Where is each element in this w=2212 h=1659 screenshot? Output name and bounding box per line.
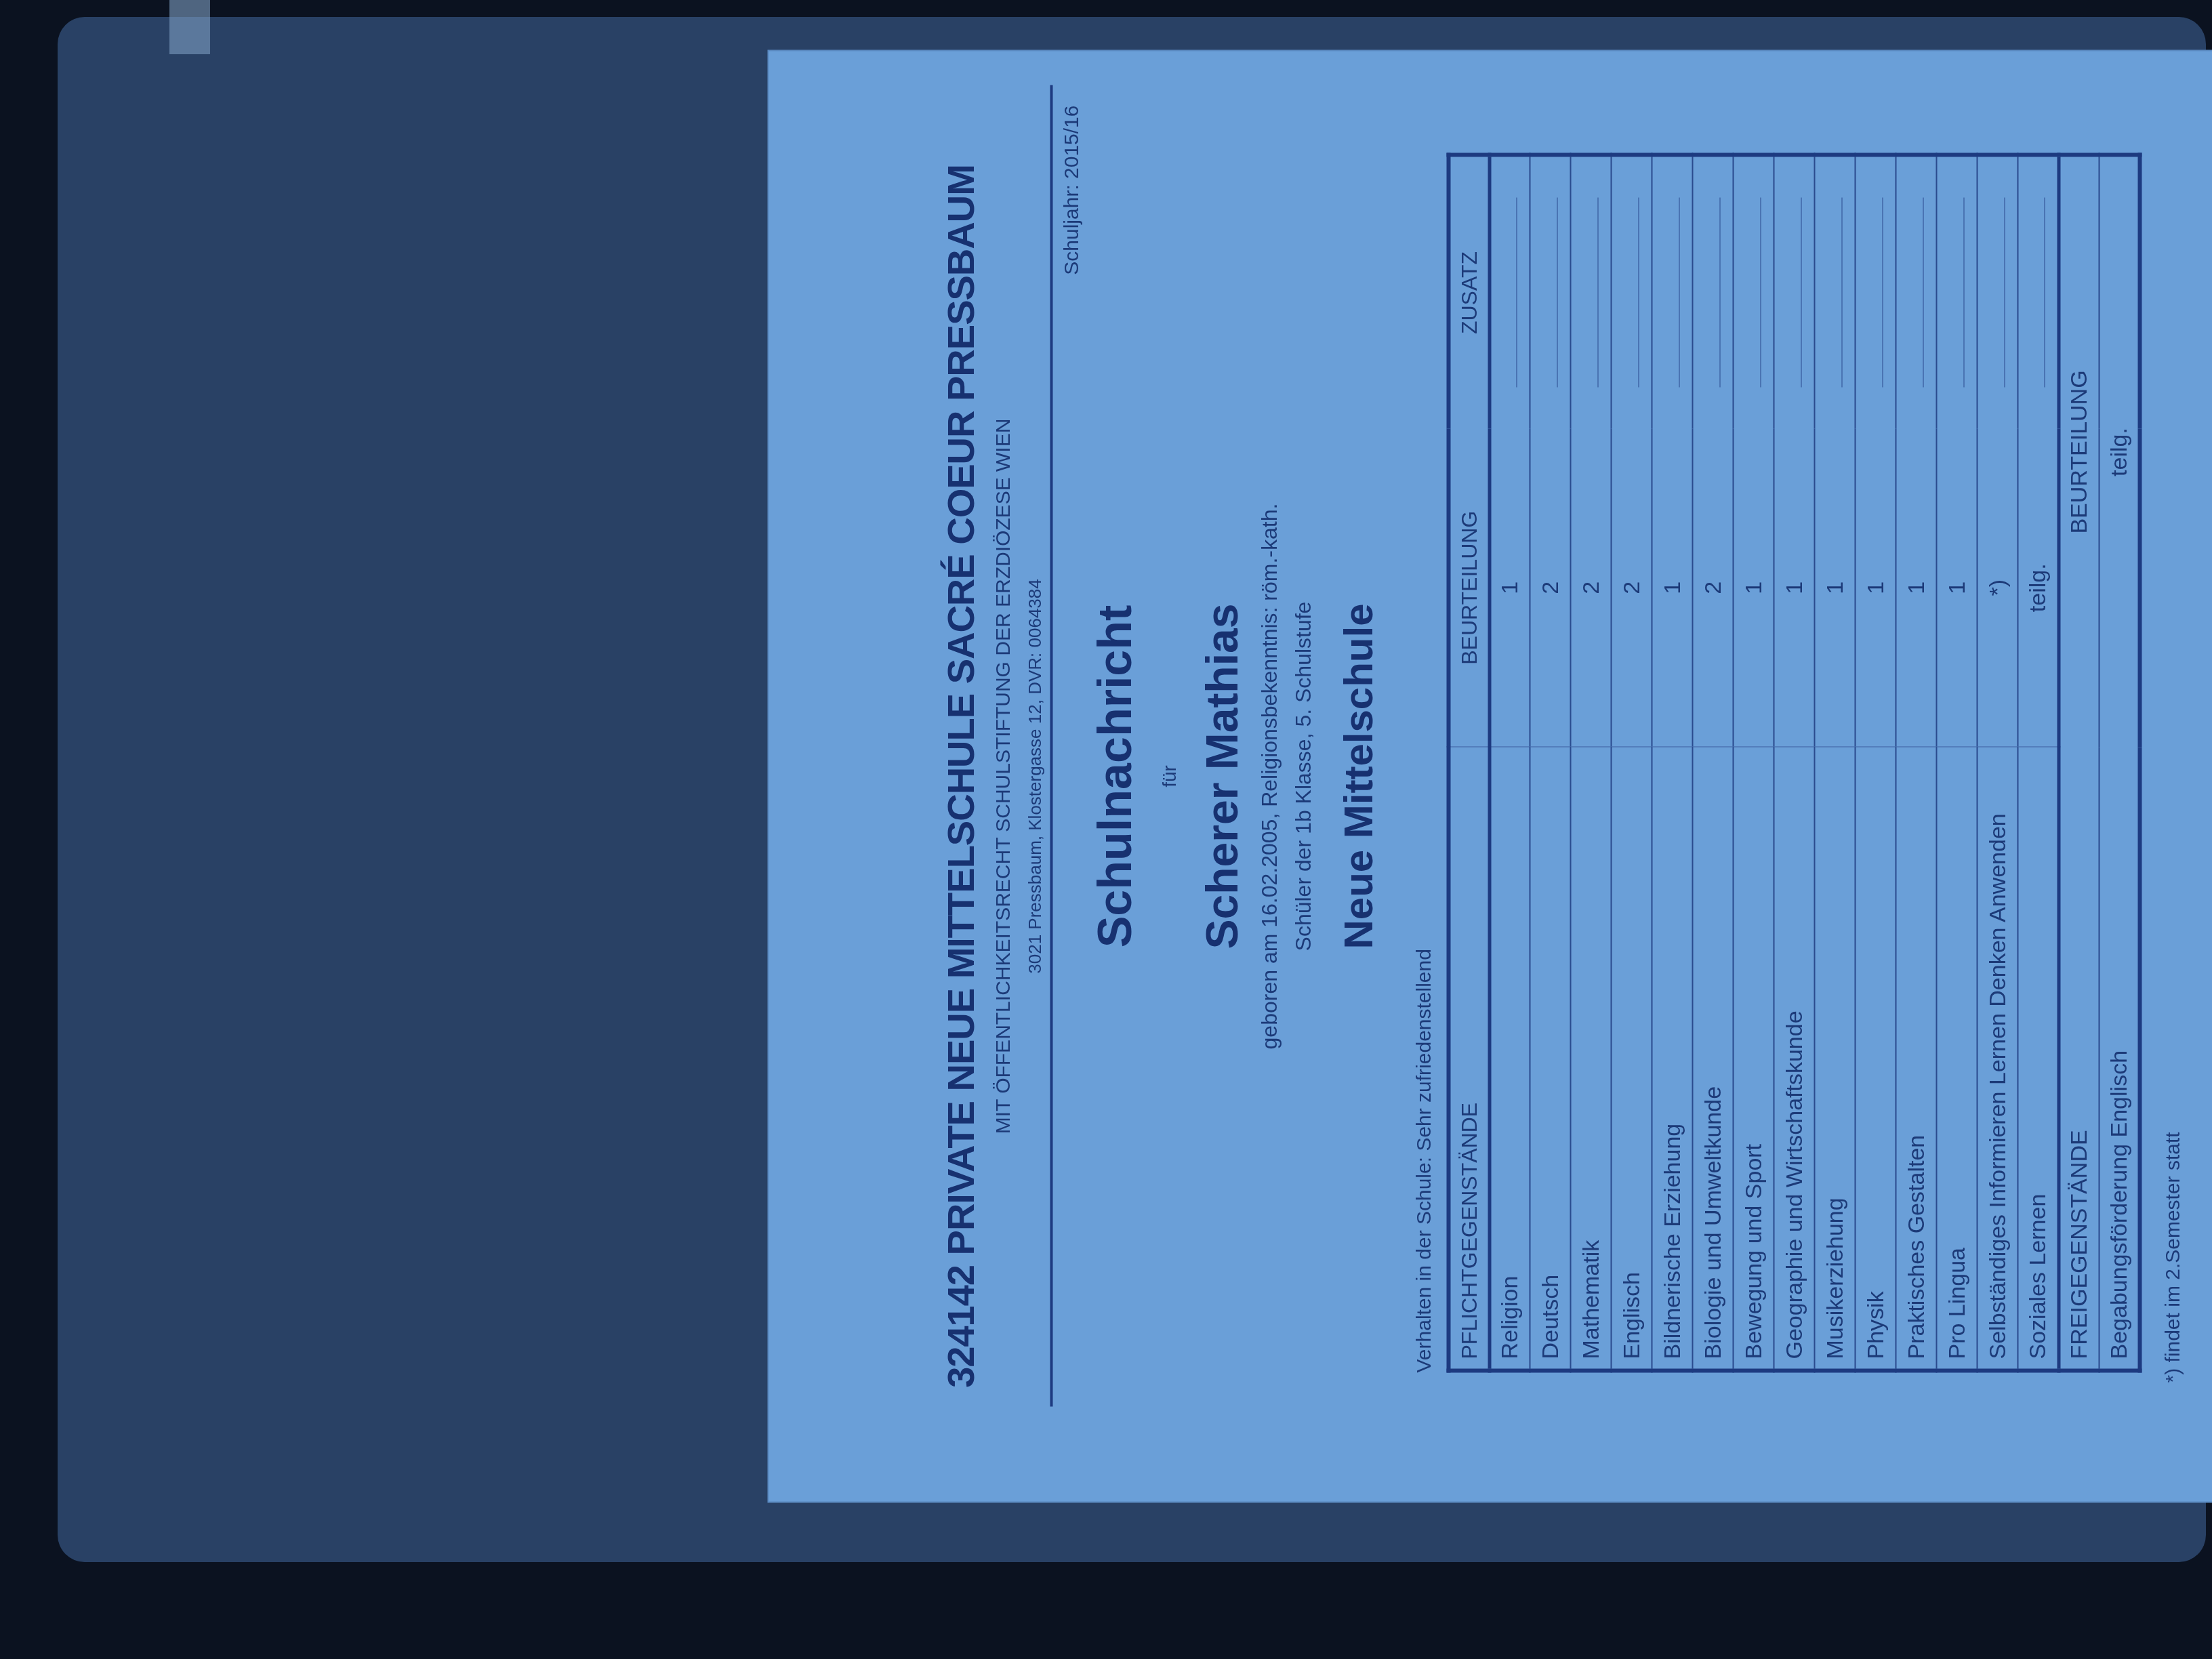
zusatz-cell — [1693, 155, 1734, 429]
header-divider — [1050, 85, 1053, 1407]
footnote: *) findet im 2.Semester statt — [2162, 1132, 2185, 1382]
table-row: Praktisches Gestalten1 — [1896, 155, 1937, 1371]
subject-grade: *) — [1978, 429, 2018, 747]
subject-grade: 2 — [1571, 429, 1612, 747]
zusatz-cell — [1652, 155, 1693, 429]
subject-grade: 1 — [1856, 429, 1896, 747]
subject-grade: 1 — [1815, 429, 1856, 747]
table-row: Physik1 — [1856, 155, 1896, 1371]
zusatz-blank-line — [1788, 198, 1801, 388]
zusatz-blank-line — [1747, 198, 1761, 388]
school-subtitle: MIT ÖFFENTLICHKEITSRECHT SCHULSTIFTUNG D… — [992, 153, 1015, 1400]
table-row: Musikerziehung1 — [1815, 155, 1856, 1371]
zusatz-blank-line — [1706, 198, 1720, 388]
column-header: PFLICHTGEGENSTÄNDE — [1449, 747, 1490, 1371]
subject-grade: teilg. — [2100, 155, 2140, 747]
table-row: Religion1 — [1490, 155, 1530, 1371]
document-title: Schulnachricht — [1088, 52, 1142, 1502]
table-row: Selbständiges Informieren Lernen Denken … — [1978, 155, 2018, 1371]
zusatz-blank-line — [1950, 198, 1964, 388]
table-row: Deutsch2 — [1530, 155, 1571, 1371]
zusatz-cell — [1571, 155, 1612, 429]
subject-grade: 2 — [1612, 429, 1652, 747]
column-header: FREIGEGENSTÄNDE — [2059, 747, 2100, 1371]
subject-name: Begabungsförderung Englisch — [2100, 747, 2140, 1371]
school-year: Schuljahr: 2015/16 — [1061, 106, 1084, 275]
zusatz-blank-line — [1991, 198, 2005, 388]
zusatz-cell — [1612, 155, 1652, 429]
subject-name: Englisch — [1612, 747, 1652, 1371]
table-row: Englisch2 — [1612, 155, 1652, 1371]
subject-grade: 2 — [1530, 429, 1571, 747]
table-row: Bildnerische Erziehung1 — [1652, 155, 1693, 1371]
zusatz-cell — [1490, 155, 1530, 429]
subject-name: Deutsch — [1530, 747, 1571, 1371]
zusatz-cell — [1856, 155, 1896, 429]
subject-grade: 1 — [1652, 429, 1693, 747]
zusatz-blank-line — [1828, 198, 1842, 388]
table-row: Bewegung und Sport1 — [1734, 155, 1774, 1371]
table-row: Soziales Lernenteilg. — [2018, 155, 2059, 1371]
zusatz-blank-line — [1584, 198, 1598, 388]
subject-name: Pro Lingua — [1937, 747, 1978, 1371]
sleeve-edge — [169, 0, 210, 54]
zusatz-blank-line — [2031, 198, 2045, 388]
class-info: Schüler der 1b Klasse, 5. Schulstufe — [1291, 52, 1316, 1502]
column-header: BEURTEILUNG — [2059, 155, 2100, 747]
subject-grade: 1 — [1896, 429, 1937, 747]
subject-name: Mathematik — [1571, 747, 1612, 1371]
table-row: Biologie und Umweltkunde2 — [1693, 155, 1734, 1371]
column-header: BEURTEILUNG — [1449, 429, 1490, 747]
subject-name: Selbständiges Informieren Lernen Denken … — [1978, 747, 2018, 1371]
subject-name: Bildnerische Erziehung — [1652, 747, 1693, 1371]
table-row: Begabungsförderung Englischteilg. — [2100, 155, 2140, 1371]
report-card-page: 324142 PRIVATE NEUE MITTELSCHULE SACRÉ C… — [769, 52, 2212, 1502]
zusatz-cell — [1734, 155, 1774, 429]
zusatz-cell — [1978, 155, 2018, 429]
zusatz-blank-line — [1544, 198, 1557, 388]
table-header: PFLICHTGEGENSTÄNDEBEURTEILUNGZUSATZ — [1449, 155, 1490, 1371]
school-name: 324142 PRIVATE NEUE MITTELSCHULE SACRÉ C… — [939, 153, 983, 1400]
subject-name: Soziales Lernen — [2018, 747, 2059, 1371]
behaviour-rating: Verhalten in der Schule: Sehr zufriedens… — [1413, 949, 1436, 1372]
subject-grade: 2 — [1693, 429, 1734, 747]
subject-name: Musikerziehung — [1815, 747, 1856, 1371]
subject-grade: teilg. — [2018, 429, 2059, 747]
zusatz-blank-line — [1504, 198, 1517, 388]
subject-grade: 1 — [1490, 429, 1530, 747]
subject-grade: 1 — [1734, 429, 1774, 747]
zusatz-blank-line — [1625, 198, 1639, 388]
school-header: 324142 PRIVATE NEUE MITTELSCHULE SACRÉ C… — [939, 153, 1046, 1400]
grades-table: PFLICHTGEGENSTÄNDEBEURTEILUNGZUSATZRelig… — [1447, 153, 2142, 1373]
subject-name: Religion — [1490, 747, 1530, 1371]
subject-grade: 1 — [1937, 429, 1978, 747]
student-name: Scherer Mathias — [1196, 52, 1248, 1502]
subject-grade: 1 — [1774, 429, 1815, 747]
subject-name: Physik — [1856, 747, 1896, 1371]
zusatz-cell — [2018, 155, 2059, 429]
subject-name: Biologie und Umweltkunde — [1693, 747, 1734, 1371]
for-label: für — [1159, 52, 1181, 1502]
zusatz-cell — [1815, 155, 1856, 429]
zusatz-blank-line — [1910, 198, 1923, 388]
zusatz-blank-line — [1666, 198, 1679, 388]
column-header: ZUSATZ — [1449, 155, 1490, 429]
school-type: Neue Mittelschule — [1335, 52, 1382, 1502]
subject-name: Bewegung und Sport — [1734, 747, 1774, 1371]
table-row: Geographie und Wirtschaftskunde1 — [1774, 155, 1815, 1371]
table-row: Mathematik2 — [1571, 155, 1612, 1371]
school-address: 3021 Pressbaum, Klostergasse 12, DVR: 00… — [1025, 153, 1046, 1400]
birth-info: geboren am 16.02.2005, Religionsbekenntn… — [1257, 52, 1282, 1502]
zusatz-blank-line — [1869, 198, 1883, 388]
zusatz-cell — [1530, 155, 1571, 429]
subject-name: Praktisches Gestalten — [1896, 747, 1937, 1371]
elective-header: FREIGEGENSTÄNDEBEURTEILUNG — [2059, 155, 2100, 1371]
table-row: Pro Lingua1 — [1937, 155, 1978, 1371]
subject-name: Geographie und Wirtschaftskunde — [1774, 747, 1815, 1371]
zusatz-cell — [1937, 155, 1978, 429]
zusatz-cell — [1896, 155, 1937, 429]
zusatz-cell — [1774, 155, 1815, 429]
